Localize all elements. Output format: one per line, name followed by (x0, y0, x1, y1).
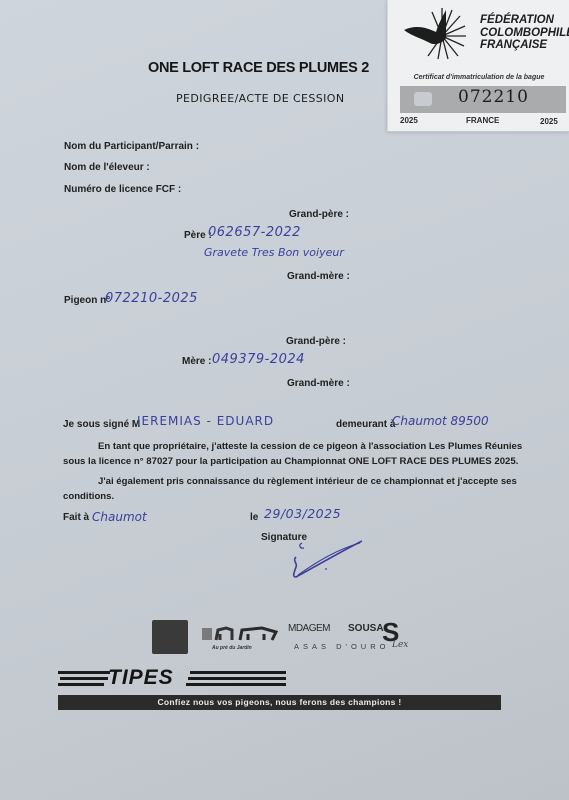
mother-label: Mère : (182, 356, 211, 367)
date-label: le (250, 512, 258, 523)
slogan-banner: Confiez nous vos pigeons, nous ferons de… (58, 695, 501, 710)
mother-ring-value: 049379-2024 (212, 352, 305, 367)
participant-label: Nom du Participant/Parrain : (64, 141, 199, 152)
father-grandfather-label: Grand-père : (289, 209, 349, 220)
declaration-para2-line1: J'ai également pris connaissance du règl… (98, 476, 517, 487)
signed-name: IEREMIAS - EDUARD (137, 414, 274, 428)
ring-number: 072210 (458, 87, 529, 107)
pigeon-ring-value: 072210-2025 (105, 291, 198, 306)
made-at-label: Fait à (63, 512, 89, 523)
ring-country: FRANCE (466, 116, 499, 125)
sponsor-logo-horses (202, 622, 280, 644)
declaration-para2-line2: conditions. (63, 491, 114, 502)
license-label: Numéro de licence FCF : (64, 184, 181, 195)
sponsor-logo-pigeon (152, 620, 188, 654)
made-at-value: Chaumot (92, 510, 147, 524)
father-note: Gravete Tres Bon voiyeur (204, 246, 344, 259)
sponsor-logo-mdagem: MDAGEM (288, 623, 330, 634)
mother-grandfather-label: Grand-père : (286, 336, 346, 347)
certificate-subtitle: Certificat d'immatriculation de la bague (388, 74, 569, 81)
sponsor-logo-asas-douro: ASAS D'OURO (294, 642, 389, 651)
sponsor-logo-sousa: SOUSA (348, 623, 384, 634)
father-grandmother-label: Grand-mère : (287, 271, 350, 282)
residing-value: Chaumot 89500 (392, 414, 489, 428)
mother-grandmother-label: Grand-mère : (287, 378, 350, 389)
ring-certificate: FÉDÉRATION COLOMBOPHILE FRANÇAISE Certif… (387, 0, 569, 132)
pigeon-sunburst-icon (402, 6, 466, 60)
residing-label: demeurant à (336, 419, 395, 430)
breeder-label: Nom de l'éleveur : (64, 162, 150, 173)
signed-label: Je sous signé M (63, 419, 140, 430)
tipes-brand-text: TIPES (108, 666, 174, 690)
declaration-para1-line1: En tant que propriétaire, j'atteste la c… (98, 441, 522, 452)
sponsor-logos: Au pré du Jardin MDAGEM SOUSA ASAS D'OUR… (150, 618, 410, 658)
signature-mark (288, 535, 368, 583)
page-subtitle: PEDIGREE/ACTE DE CESSION (176, 92, 345, 105)
declaration-para1-line2: sous la licence n° 87027 pour la partici… (63, 456, 518, 467)
sponsor-logo-lex: Lex (392, 640, 408, 650)
ring-year-left: 2025 (400, 116, 418, 125)
pigeon-label: Pigeon n° (64, 295, 110, 306)
ring-emblem-icon (414, 92, 432, 106)
ring-year-right: 2025 (540, 117, 558, 126)
date-value: 29/03/2025 (264, 506, 341, 521)
page-title: ONE LOFT RACE DES PLUMES 2 (148, 60, 369, 76)
federation-name: FÉDÉRATION COLOMBOPHILE FRANÇAISE (480, 14, 569, 52)
father-ring-value: 062657-2022 (208, 225, 301, 240)
sponsor-logo-au-pre-du-jardin: Au pré du Jardin (212, 645, 252, 651)
